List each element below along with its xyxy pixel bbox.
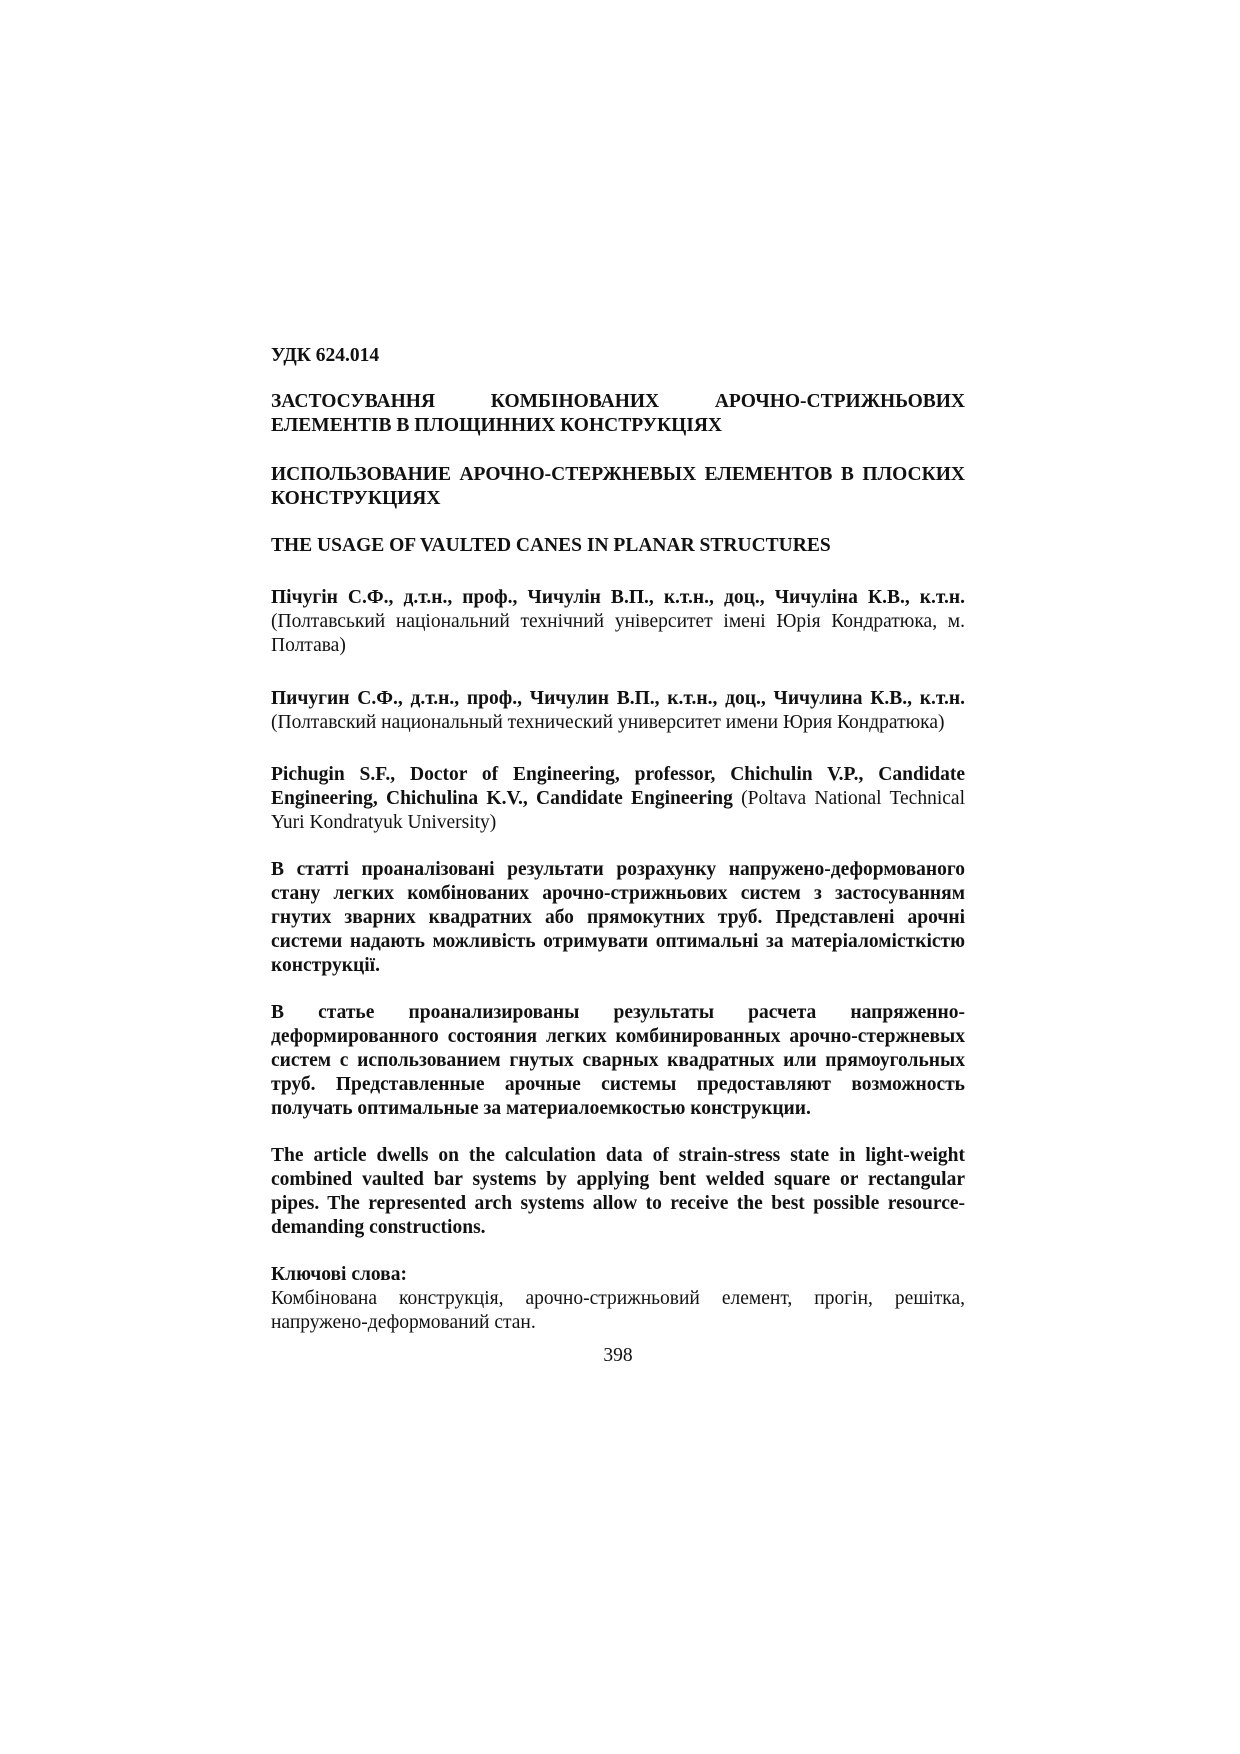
- keywords-text: Комбінована конструкція, арочно-стрижньо…: [271, 1287, 965, 1335]
- author-names-ru: Пичугин С.Ф., д.т.н., проф., Чичулин В.П…: [271, 688, 965, 709]
- author-names-ua: Пічугін С.Ф., д.т.н., проф., Чичулін В.П…: [271, 587, 965, 608]
- authors-russian: Пичугин С.Ф., д.т.н., проф., Чичулин В.П…: [271, 687, 965, 735]
- affiliation-ru: (Полтавский национальный технический уни…: [271, 712, 944, 733]
- title-ukrainian: ЗАСТОСУВАННЯ КОМБІНОВАНИХ АРОЧНО-СТРИЖНЬ…: [271, 390, 965, 438]
- affiliation-ua: (Полтавський національний технічний унів…: [271, 611, 965, 656]
- page-number: 398: [271, 1344, 965, 1368]
- abstract-russian: В статье проанализированы результаты рас…: [271, 1001, 965, 1121]
- abstract-ukrainian: В статті проаналізовані результати розра…: [271, 858, 965, 978]
- authors-english: Pichugin S.F., Doctor of Engineering, pr…: [271, 763, 965, 835]
- udk-code: УДК 624.014: [271, 344, 965, 368]
- abstract-english: The article dwells on the calculation da…: [271, 1144, 965, 1240]
- title-russian: ИСПОЛЬЗОВАНИЕ АРОЧНО-СТЕРЖНЕВЫХ ЕЛЕМЕНТО…: [271, 463, 965, 511]
- page-column: УДК 624.014 ЗАСТОСУВАННЯ КОМБІНОВАНИХ АР…: [271, 344, 965, 1368]
- title-english: THE USAGE OF VAULTED CANES IN PLANAR STR…: [271, 534, 965, 558]
- authors-ukrainian: Пічугін С.Ф., д.т.н., проф., Чичулін В.П…: [271, 586, 965, 658]
- keywords-heading: Ключові слова:: [271, 1263, 965, 1287]
